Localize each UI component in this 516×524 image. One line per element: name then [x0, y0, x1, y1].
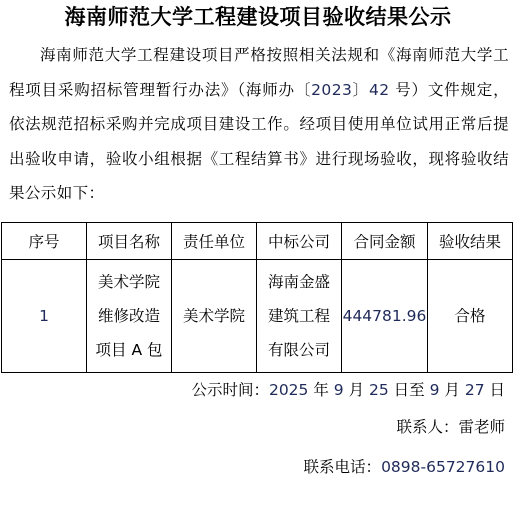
start-month: 9 [334, 381, 344, 399]
intro-text-2: 〕 [352, 81, 369, 99]
publicity-year: 2025 [269, 381, 308, 399]
cell-responsible-unit: 美术学院 [172, 260, 257, 373]
phone-label: 联系电话： [304, 458, 382, 476]
table-header-row: 序号 项目名称 责任单位 中标公司 合同金额 验收结果 [2, 223, 513, 260]
intro-doc-number: 42 [369, 81, 390, 99]
year-unit: 年 [308, 381, 333, 399]
day-unit: 日 [485, 381, 505, 399]
contact-phone: 联系电话：0898-65727610 [105, 457, 505, 477]
publicity-period: 公示时间：2025 年 9 月 25 日至 9 月 27 日 [105, 380, 505, 400]
intro-paragraph: 海南师范大学工程建设项目严格按照相关法规和《海南师范大学工程项目采购招标管理暂行… [9, 38, 509, 211]
contact-person: 联系人：雷老师 [105, 417, 505, 437]
header-acceptance-result: 验收结果 [428, 223, 513, 260]
project-name-line: 项目 A 包 [87, 333, 171, 367]
project-name-line: 维修改造 [87, 299, 171, 333]
header-responsible-unit: 责任单位 [172, 223, 257, 260]
month-unit: 月 [439, 381, 464, 399]
day-to: 日至 [389, 381, 430, 399]
page-title: 海南师范大学工程建设项目验收结果公示 [0, 2, 516, 32]
project-name-line: 美术学院 [87, 265, 171, 299]
cell-acceptance-result: 合格 [428, 260, 513, 373]
company-line: 海南金盛 [257, 265, 341, 299]
company-line: 有限公司 [257, 333, 341, 367]
month-unit: 月 [344, 381, 369, 399]
cell-winning-company: 海南金盛 建筑工程 有限公司 [257, 260, 342, 373]
header-winning-company: 中标公司 [257, 223, 342, 260]
intro-doc-year: 2023 [311, 81, 352, 99]
publicity-label: 公示时间： [191, 381, 269, 399]
header-project-name: 项目名称 [87, 223, 172, 260]
cell-project-name: 美术学院 维修改造 项目 A 包 [87, 260, 172, 373]
cell-contract-amount: 444781.96 [342, 260, 428, 373]
company-line: 建筑工程 [257, 299, 341, 333]
acceptance-result-table: 序号 项目名称 责任单位 中标公司 合同金额 验收结果 1 美术学院 维修改造 … [1, 222, 513, 373]
phone-number: 0898-65727610 [381, 458, 505, 476]
header-index: 序号 [2, 223, 87, 260]
header-contract-amount: 合同金额 [342, 223, 428, 260]
end-day: 27 [465, 381, 485, 399]
table-row: 1 美术学院 维修改造 项目 A 包 美术学院 海南金盛 建筑工程 有限公司 4… [2, 260, 513, 373]
cell-index: 1 [2, 260, 87, 373]
end-month: 9 [430, 381, 440, 399]
start-day: 25 [369, 381, 389, 399]
